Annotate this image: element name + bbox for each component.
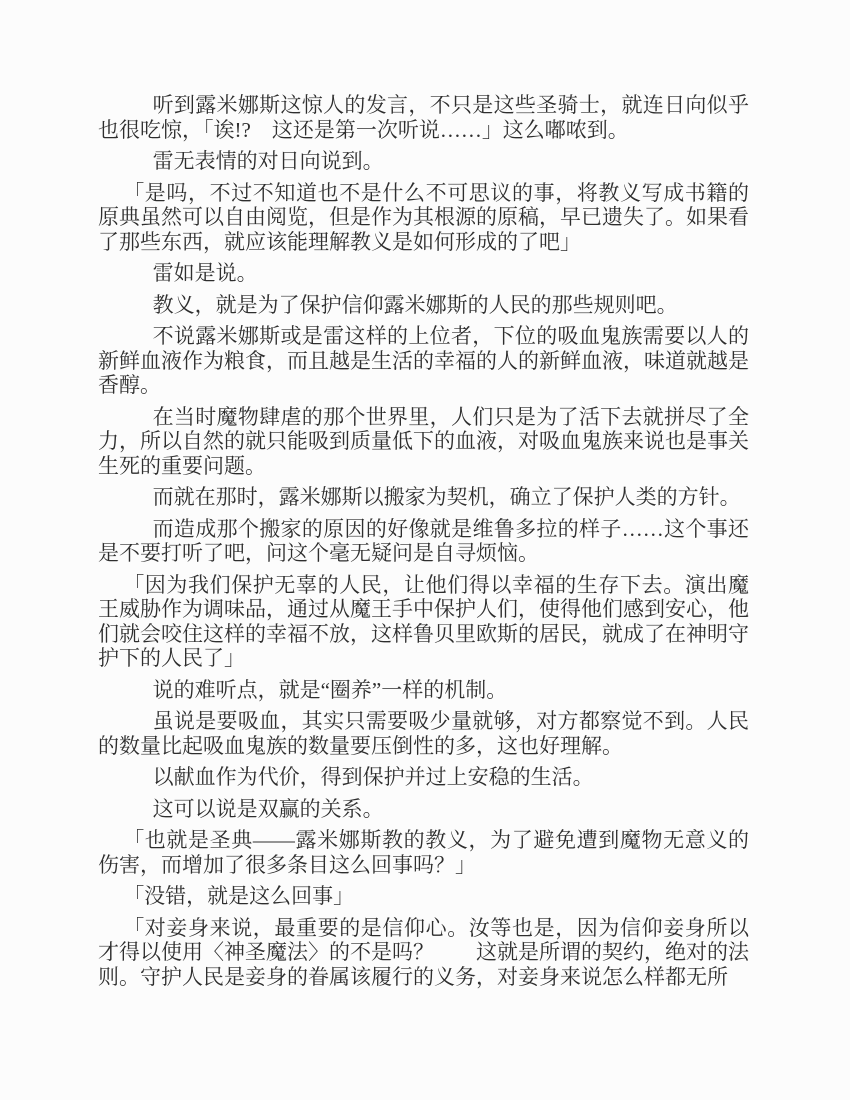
paragraph: 而就在那时，露米娜斯以搬家为契机，确立了保护人类的方针。 [98, 485, 749, 510]
paragraph: 不说露米娜斯或是雷这样的上位者，下位的吸血鬼族需要以人的新鲜血液作为粮食，而且越… [98, 324, 749, 398]
paragraph: 听到露米娜斯这惊人的发言，不只是这些圣骑士，就连日向似乎也很吃惊，「诶!? 这还… [98, 93, 749, 142]
text-block: 听到露米娜斯这惊人的发言，不只是这些圣骑士，就连日向似乎也很吃惊，「诶!? 这还… [98, 93, 749, 996]
paragraph: 以献血作为代价，得到保护并过上安稳的生活。 [98, 765, 749, 790]
paragraph: 教义，就是为了保护信仰露米娜斯的人民的那些规则吧。 [98, 293, 749, 318]
novel-page: 听到露米娜斯这惊人的发言，不只是这些圣骑士，就连日向似乎也很吃惊，「诶!? 这还… [0, 0, 850, 1100]
paragraph: 「是吗，不过不知道也不是什么不可思议的事，将教义写成书籍的原典虽然可以自由阅览，… [98, 181, 749, 255]
paragraph: 而造成那个搬家的原因的好像就是维鲁多拉的样子……这个事还是不要打听了吧，问这个毫… [98, 517, 749, 566]
paragraph: 「对妾身来说，最重要的是信仰心。汝等也是，因为信仰妾身所以才得以使用〈神圣魔法〉… [98, 916, 749, 990]
paragraph: 虽说是要吸血，其实只需要吸少量就够，对方都察觉不到。人民的数量比起吸血鬼族的数量… [98, 709, 749, 758]
paragraph: 「因为我们保护无辜的人民，让他们得以幸福的生存下去。演出魔王威胁作为调味品，通过… [98, 573, 749, 671]
paragraph: 雷无表情的对日向说到。 [98, 149, 749, 174]
paragraph: 这可以说是双赢的关系。 [98, 797, 749, 822]
paragraph: 「没错，就是这么回事」 [98, 884, 749, 909]
paragraph: 雷如是说。 [98, 261, 749, 286]
paragraph: 「也就是圣典——露米娜斯教的教义，为了避免遭到魔物无意义的伤害，而增加了很多条目… [98, 828, 749, 877]
paragraph: 说的难听点，就是“圈养”一样的机制。 [98, 678, 749, 703]
paragraph: 在当时魔物肆虐的那个世界里，人们只是为了活下去就拼尽了全力，所以自然的就只能吸到… [98, 405, 749, 479]
